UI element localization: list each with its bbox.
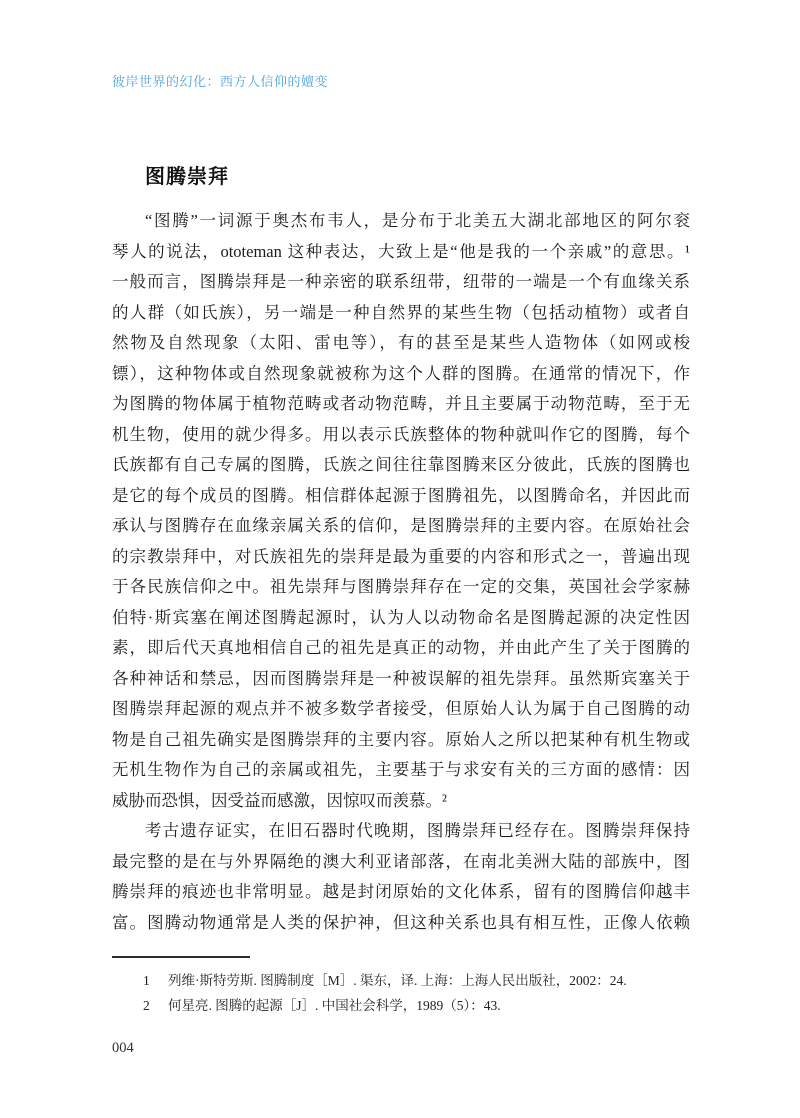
page-number: 004 xyxy=(112,1040,134,1057)
text-line: 素，即后代天真地相信自己的祖先是真正的动物，并由此产生了关于图腾的 xyxy=(112,633,690,664)
text-line: 威胁而恐惧，因受益而感激，因惊叹而羡慕。² xyxy=(112,786,690,817)
text-line: 琴人的说法，ototeman 这种表达，大致上是“他是我的一个亲戚”的意思。¹ xyxy=(112,237,690,268)
text-line: 是它的每个成员的图腾。相信群体起源于图腾祖先，以图腾命名，并因此而 xyxy=(112,481,690,512)
text-line: 腾崇拜的痕迹也非常明显。越是封闭原始的文化体系，留有的图腾信仰越丰 xyxy=(112,877,690,908)
body-text: “图腾”一词源于奥杰布韦人，是分布于北美五大湖北部地区的阿尔衮 琴人的说法，ot… xyxy=(112,206,690,938)
text-line: 然物及自然现象（太阳、雷电等），有的甚至是某些人造物体（如网或梭 xyxy=(112,328,690,359)
text-line: 承认与图腾存在血缘亲属关系的信仰，是图腾崇拜的主要内容。在原始社会 xyxy=(112,511,690,542)
text-line: 伯特·斯宾塞在阐述图腾起源时，认为人以动物命名是图腾起源的决定性因 xyxy=(112,603,690,634)
text-line: 富。图腾动物通常是人类的保护神，但这种关系也具有相互性，正像人依赖 xyxy=(112,908,690,939)
footnote-text: 何星亮. 图腾的起源［J］. 中国社会科学，1989（5）：43. xyxy=(168,993,690,1018)
text-line: 为图腾的物体属于植物范畴或者动物范畴，并且主要属于动物范畴，至于无 xyxy=(112,389,690,420)
book-page: 彼岸世界的幻化：西方人信仰的嬗变 图腾崇拜 “图腾”一词源于奥杰布韦人，是分布于… xyxy=(0,0,800,1118)
footnote-marker: 2 xyxy=(143,993,168,1018)
running-header: 彼岸世界的幻化：西方人信仰的嬗变 xyxy=(112,71,328,90)
text-line: 镖），这种物体或自然现象就被称为这个人群的图腾。在通常的情况下，作 xyxy=(112,359,690,390)
footnote-divider xyxy=(112,956,250,958)
paragraph-2: 考古遗存证实，在旧石器时代晚期，图腾崇拜已经存在。图腾崇拜保持 最完整的是在与外… xyxy=(112,816,690,938)
paragraph-1: “图腾”一词源于奥杰布韦人，是分布于北美五大湖北部地区的阿尔衮 琴人的说法，ot… xyxy=(112,206,690,816)
text-line: 一般而言，图腾崇拜是一种亲密的联系纽带，纽带的一端是一个有血缘关系 xyxy=(112,267,690,298)
section-title: 图腾崇拜 xyxy=(145,160,229,189)
text-line: 的人群（如氏族），另一端是一种自然界的某些生物（包括动植物）或者自 xyxy=(112,298,690,329)
text-line: 各种神话和禁忌，因而图腾崇拜是一种被误解的祖先崇拜。虽然斯宾塞关于 xyxy=(112,664,690,695)
footnotes: 1 列维·斯特劳斯. 图腾制度［M］. 渠东，译. 上海：上海人民出版社，200… xyxy=(112,968,690,1018)
text-line: 无机生物作为自己的亲属或祖先，主要基于与求安有关的三方面的感情：因 xyxy=(112,755,690,786)
footnote-item: 2 何星亮. 图腾的起源［J］. 中国社会科学，1989（5）：43. xyxy=(112,993,690,1018)
text-line: 最完整的是在与外界隔绝的澳大利亚诸部落，在南北美洲大陆的部族中，图 xyxy=(112,847,690,878)
footnote-text: 列维·斯特劳斯. 图腾制度［M］. 渠东，译. 上海：上海人民出版社，2002：… xyxy=(168,968,690,993)
text-line: 的宗教崇拜中，对氏族祖先的崇拜是最为重要的内容和形式之一，普遍出现 xyxy=(112,542,690,573)
text-line: “图腾”一词源于奥杰布韦人，是分布于北美五大湖北部地区的阿尔衮 xyxy=(112,206,690,237)
text-line: 机生物，使用的就少得多。用以表示氏族整体的物种就叫作它的图腾，每个 xyxy=(112,420,690,451)
footnote-item: 1 列维·斯特劳斯. 图腾制度［M］. 渠东，译. 上海：上海人民出版社，200… xyxy=(112,968,690,993)
footnote-marker: 1 xyxy=(143,968,168,993)
text-line: 于各民族信仰之中。祖先崇拜与图腾崇拜存在一定的交集，英国社会学家赫 xyxy=(112,572,690,603)
text-line: 考古遗存证实，在旧石器时代晚期，图腾崇拜已经存在。图腾崇拜保持 xyxy=(112,816,690,847)
text-line: 氏族都有自己专属的图腾，氏族之间往往靠图腾来区分彼此，氏族的图腾也 xyxy=(112,450,690,481)
text-line: 物是自己祖先确实是图腾崇拜的主要内容。原始人之所以把某种有机生物或 xyxy=(112,725,690,756)
text-line: 图腾崇拜起源的观点并不被多数学者接受，但原始人认为属于自己图腾的动 xyxy=(112,694,690,725)
